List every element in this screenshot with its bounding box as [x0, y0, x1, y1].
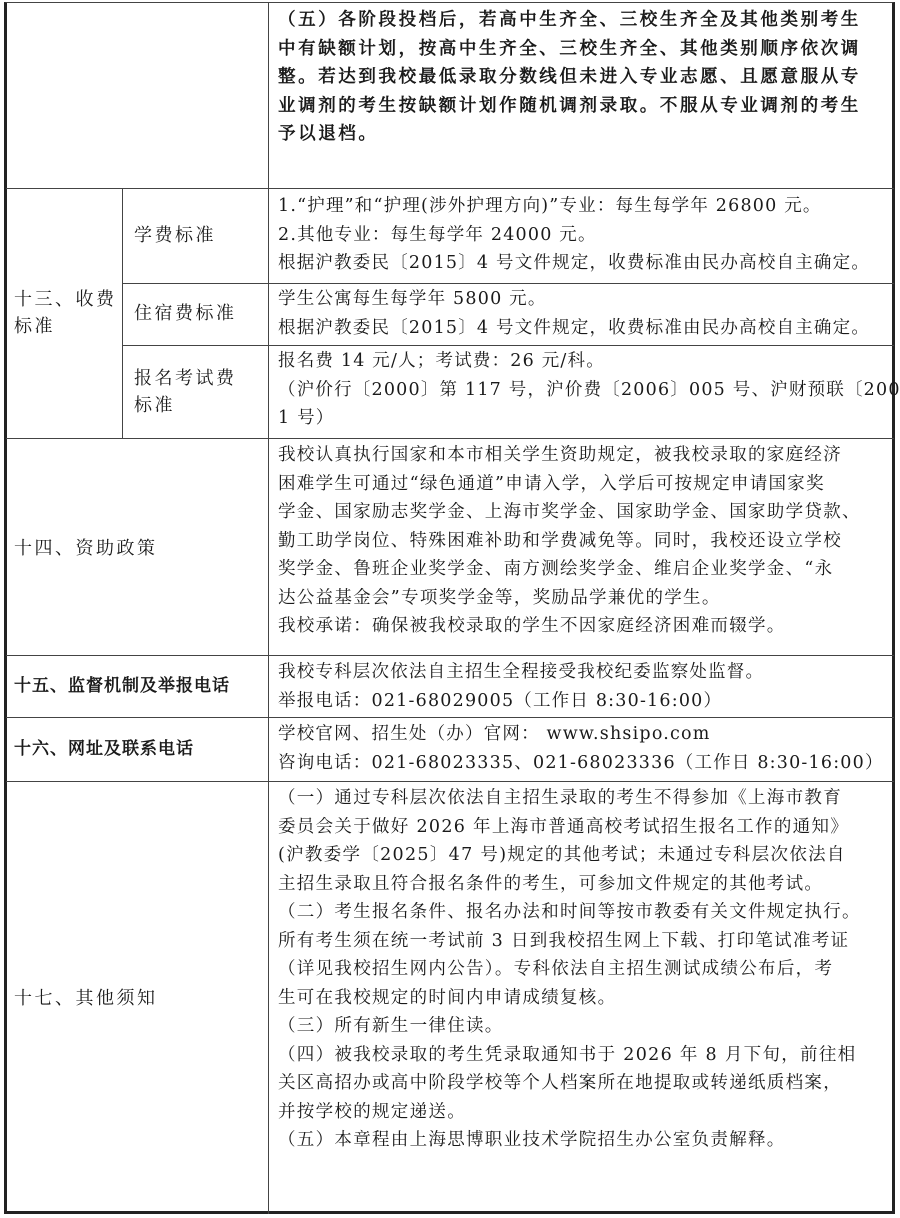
- financial-aid-content: 我校认真执行国家和本市相关学生资助规定，被我校录取的家庭经济 困难学生可通过“绿…: [278, 441, 890, 641]
- label-line: 十五、监督机制及举报电话: [14, 673, 264, 700]
- text-line: 业调剂的考生按缺额计划作随机调剂录取。不服从专业调剂的考生: [278, 92, 890, 121]
- section-14-label: 十四、资助政策: [14, 535, 264, 562]
- text-line: （三）所有新生一律住读。: [278, 1012, 890, 1041]
- text-line: （沪价行〔2000〕第 117 号，沪价费〔2006〕005 号、沪财预联〔20…: [278, 376, 890, 405]
- contact-content: 学校官网、招生处（办）官网： www.shsipo.com 咨询电话：021-6…: [278, 720, 890, 777]
- text-line: 报名费 14 元/人；考试费：26 元/科。: [278, 347, 890, 376]
- label-line: 十四、资助政策: [14, 535, 264, 562]
- supervision-content: 我校专科层次依法自主招生全程接受我校纪委监察处监督。 举报电话：021-6802…: [278, 658, 890, 715]
- label-line: 住宿费标准: [134, 300, 264, 327]
- text-line: 我校认真执行国家和本市相关学生资助规定，被我校录取的家庭经济: [278, 441, 890, 470]
- consult-phone: 咨询电话：021-68023335、021-68023336（工作日 8:30-…: [278, 749, 890, 778]
- label-line: 标准: [14, 313, 119, 340]
- row-divider: [122, 283, 894, 284]
- website-link[interactable]: 学校官网、招生处（办）官网： www.shsipo.com: [278, 720, 890, 749]
- label-line: 报名考试费: [134, 365, 264, 392]
- text-line: (沪教委学〔2025〕47 号)规定的其他考试；未通过专科层次依法自: [278, 841, 890, 870]
- row-divider: [122, 345, 894, 346]
- exam-fee-label: 报名考试费 标准: [134, 365, 264, 419]
- text-line: 生可在我校规定的时间内申请成绩复核。: [278, 984, 890, 1013]
- subcolumn-divider: [122, 188, 123, 438]
- text-line: 整。若达到我校最低录取分数线但未进入专业志愿、且愿意服从专: [278, 63, 890, 92]
- row-divider: [6, 188, 894, 189]
- text-line: 我校承诺：确保被我校录取的学生不因家庭经济困难而辍学。: [278, 612, 890, 641]
- section-13-label: 十三、收费 标准: [14, 286, 119, 340]
- text-line: 学生公寓每生每学年 5800 元。: [278, 285, 890, 314]
- row-divider: [6, 717, 894, 718]
- text-line: 根据沪教委民〔2015〕4 号文件规定，收费标准由民办高校自主确定。: [278, 249, 890, 278]
- section-16-label: 十六、网址及联系电话: [14, 736, 264, 763]
- tuition-content: 1.“护理”和“护理(涉外护理方向)”专业：每生每学年 26800 元。 2.其…: [278, 192, 890, 278]
- text-line: 勤工助学岗位、特殊困难补助和学费减免等。同时，我校还设立学校: [278, 527, 890, 556]
- text-line: 关区高招办或高中阶段学校等个人档案所在地提取或转递纸质档案，: [278, 1069, 890, 1098]
- text-line: （详见我校招生网内公告）。专科依法自主招生测试成绩公布后，考: [278, 955, 890, 984]
- text-line: 1.“护理”和“护理(涉外护理方向)”专业：每生每学年 26800 元。: [278, 192, 890, 221]
- accommodation-content: 学生公寓每生每学年 5800 元。 根据沪教委民〔2015〕4 号文件规定，收费…: [278, 285, 890, 342]
- report-phone: 举报电话：021-68029005（工作日 8:30-16:00）: [278, 687, 890, 716]
- text-line: （一）通过专科层次依法自主招生录取的考生不得参加《上海市教育: [278, 784, 890, 813]
- other-notes-content: （一）通过专科层次依法自主招生录取的考生不得参加《上海市教育 委员会关于做好 2…: [278, 784, 890, 1155]
- text-line: 予以退档。: [278, 120, 890, 149]
- section-15-label: 十五、监督机制及举报电话: [14, 673, 264, 700]
- continued-clause-text: （五）各阶段投档后，若高中生齐全、三校生齐全及其他类别考生 中有缺额计划，按高中…: [278, 6, 890, 149]
- row-divider: [6, 781, 894, 782]
- label-line: 标准: [134, 392, 264, 419]
- text-line: 根据沪教委民〔2015〕4 号文件规定，收费标准由民办高校自主确定。: [278, 314, 890, 343]
- section-17-label: 十七、其他须知: [14, 985, 264, 1012]
- label-line: 十七、其他须知: [14, 985, 264, 1012]
- exam-fee-content: 报名费 14 元/人；考试费：26 元/科。 （沪价行〔2000〕第 117 号…: [278, 347, 890, 433]
- text-line: （四）被我校录取的考生凭录取通知书于 2026 年 8 月下旬，前往相: [278, 1041, 890, 1070]
- text-line: 学金、国家励志奖学金、上海市奖学金、国家助学金、国家助学贷款、: [278, 498, 890, 527]
- label-line: 学费标准: [134, 222, 264, 249]
- text-line: 2.其他专业：每生每学年 24000 元。: [278, 221, 890, 250]
- column-divider: [268, 2, 269, 1214]
- text-line: 中有缺额计划，按高中生齐全、三校生齐全、其他类别顺序依次调: [278, 35, 890, 64]
- row-divider: [6, 438, 894, 439]
- label-line: 十三、收费: [14, 286, 119, 313]
- tuition-label: 学费标准: [134, 222, 264, 249]
- text-line: 并按学校的规定递送。: [278, 1098, 890, 1127]
- text-line: （五）各阶段投档后，若高中生齐全、三校生齐全及其他类别考生: [278, 6, 890, 35]
- text-line: 奖学金、鲁班企业奖学金、南方测绘奖学金、维启企业奖学金、“永: [278, 555, 890, 584]
- row-divider: [6, 655, 894, 656]
- text-line: 我校专科层次依法自主招生全程接受我校纪委监察处监督。: [278, 658, 890, 687]
- label-line: 十六、网址及联系电话: [14, 736, 264, 763]
- accommodation-label: 住宿费标准: [134, 300, 264, 327]
- text-line: 达公益基金会”专项奖学金等，奖励品学兼优的学生。: [278, 584, 890, 613]
- text-line: （五）本章程由上海思博职业技术学院招生办公室负责解释。: [278, 1126, 890, 1155]
- text-line: 所有考生须在统一考试前 3 日到我校招生网上下载、打印笔试准考证: [278, 927, 890, 956]
- text-line: 困难学生可通过“绿色通道”申请入学，入学后可按规定申请国家奖: [278, 470, 890, 499]
- text-line: 主招生录取且符合报名条件的考生，可参加文件规定的其他考试。: [278, 870, 890, 899]
- text-line: （二）考生报名条件、报名办法和时间等按市教委有关文件规定执行。: [278, 898, 890, 927]
- text-line: 1 号）: [278, 404, 890, 433]
- text-line: 委员会关于做好 2026 年上海市普通高校考试招生报名工作的通知》: [278, 813, 890, 842]
